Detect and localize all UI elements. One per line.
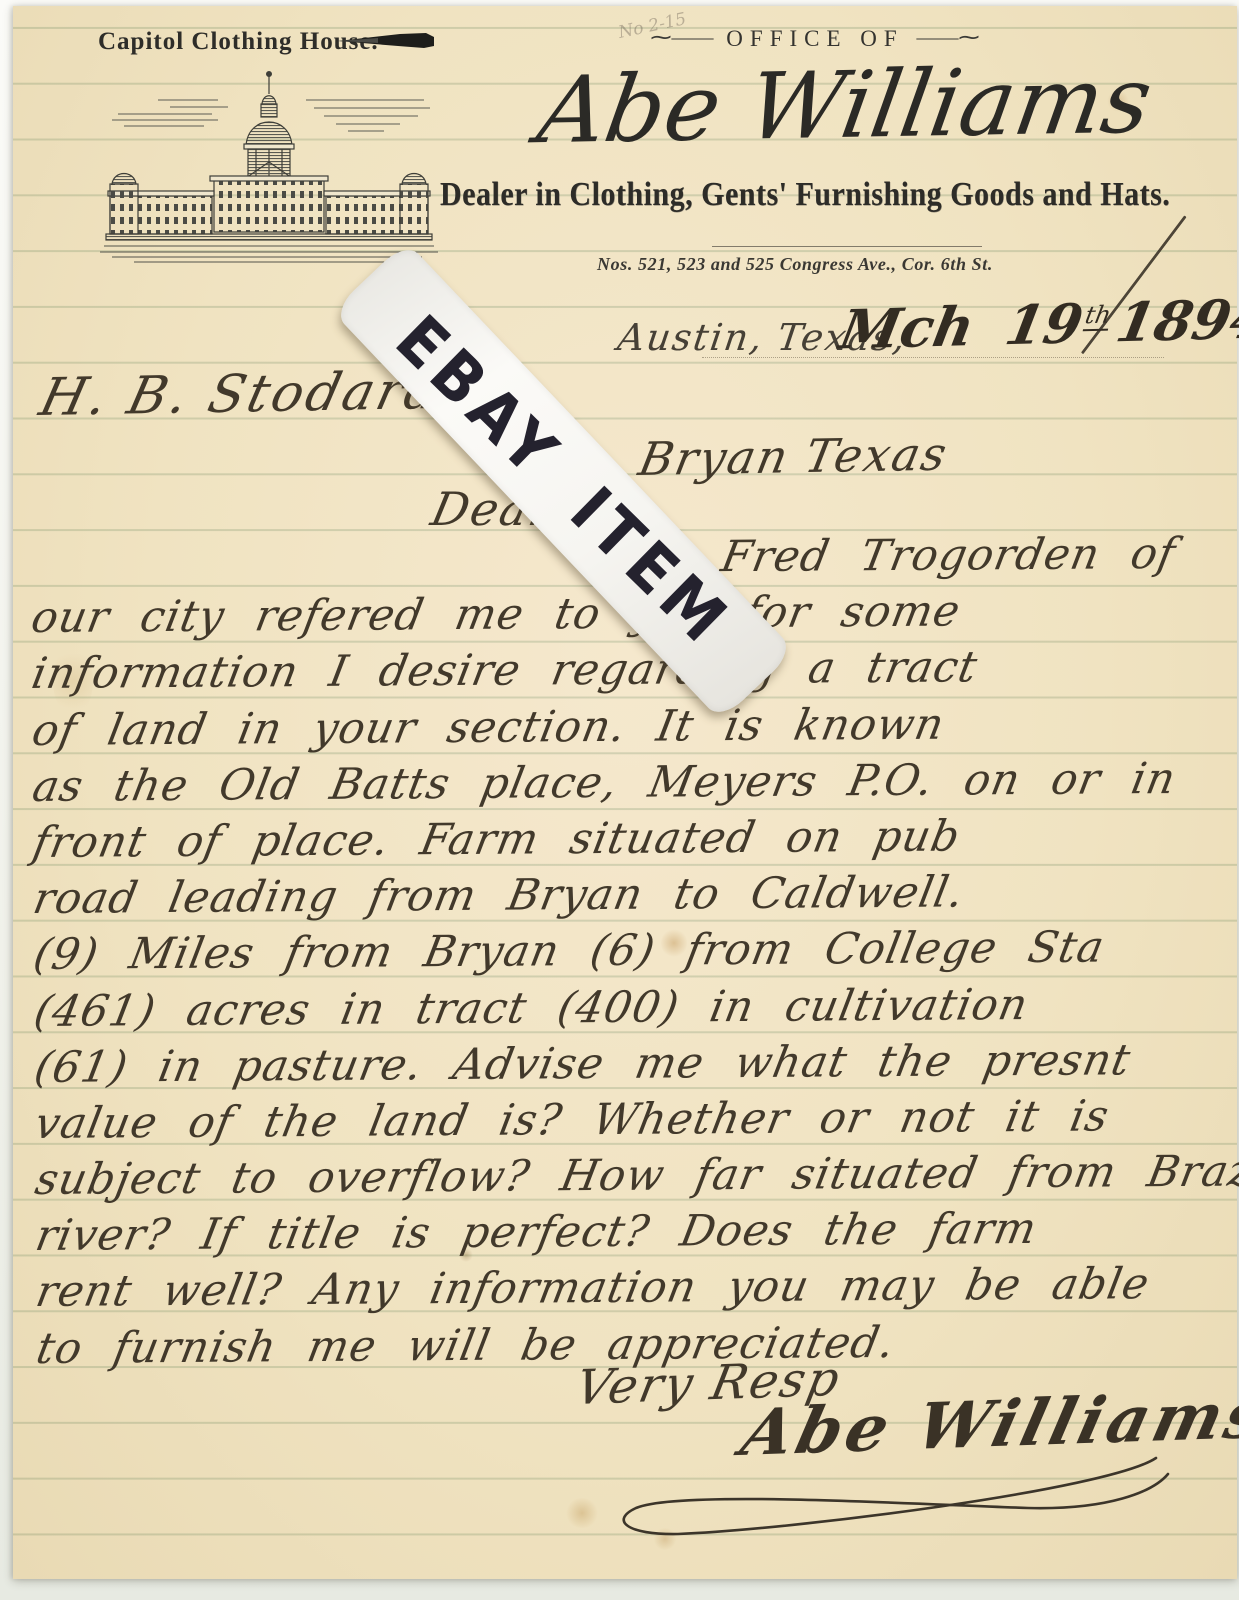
letter-line: (461) acres in tract (400) in cultivatio… [30,975,1230,1040]
street-address-line: Nos. 521, 523 and 525 Congress Ave., Cor… [440,254,1150,275]
pen-flourish-icon [338,31,434,56]
handwritten-date: Mch 19th1894 [835,286,1239,361]
letter-line: rent well? Any information you may be ab… [31,1256,1231,1321]
store-name-heading: Capitol Clothing House. [98,28,379,56]
letter-line: as the Old Batts place, Meyers P.O. on o… [28,750,1228,815]
letter-line: (61) in pasture. Advise me what the pres… [30,1031,1230,1096]
dealer-tagline: Dealer in Clothing, Gents' Furnishing Go… [440,176,1150,214]
letter-line: road leading from Bryan to Caldwell. [29,863,1229,928]
capitol-building-engraving [100,58,438,269]
addressee-city: Bryan Texas [634,427,952,486]
scanned-letter-page: { "letterhead": { "store_name": "Capitol… [0,0,1239,1600]
paper-stain [565,1498,599,1528]
letter-line: subject to overflow? How far situated fr… [31,1144,1231,1209]
office-of-text: OFFICE OF [726,26,903,51]
letterhead-divider [712,246,982,247]
addressee-name: H. B. Stodard [34,361,449,428]
letter-line: front of place. Farm situated on pub [28,807,1228,872]
letter-body: Mr Fred Trogorden of our city refered me… [26,526,1221,1377]
letter-line: (9) Miles from Bryan (6) from College St… [29,919,1229,984]
date-month-day: Mch 19 [835,291,1088,361]
proprietor-script-name: Abe Williams [521,47,1170,165]
date-year: 1894 [1111,286,1239,354]
signature-flourish [608,1452,1188,1557]
letter-line: of land in your section. It is known [28,694,1228,759]
letter-line: river? If title is perfect? Does the far… [31,1200,1231,1265]
right-dash-ornament-icon: ——⁓ [916,25,979,49]
letter-line: information I desire regarding a tract [27,638,1227,703]
letter-line: value of the land is? Whether or not it … [30,1087,1230,1152]
